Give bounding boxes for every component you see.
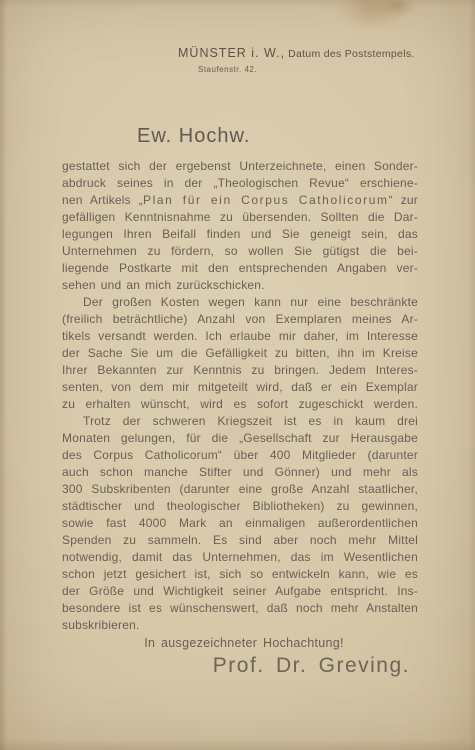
text-segment: abdruck seines in der „Theologischen Rev… <box>62 176 418 190</box>
text-segment: liegende Postkarte mit den entsprechende… <box>62 261 418 275</box>
text-segment: (freilich beträchtliche) Anzahl von Exem… <box>62 312 418 326</box>
body-line: gefälligen Kenntnisnahme zu übersenden. … <box>62 209 418 226</box>
body-line: gestattet sich der ergebenst Unterzeichn… <box>62 158 418 175</box>
text-segment: schon jetzt gesichert ist, sich so entwi… <box>62 567 418 581</box>
body-line: Trotz der schweren Kriegszeit ist es in … <box>62 413 418 430</box>
letter-body: gestattet sich der ergebenst Unterzeichn… <box>62 158 418 634</box>
paper-stain <box>336 0 410 30</box>
text-segment: “ zur <box>389 193 418 207</box>
body-line: legungen Ihren Beifall finden und Sie ge… <box>62 226 418 243</box>
body-line: notwendig, damit das Unternehmen, das im… <box>62 549 418 566</box>
text-segment: nen Artikels „ <box>62 193 143 207</box>
text-segment: Unternehmen zu fördern, so wollen Sie gü… <box>62 244 418 258</box>
body-line: zu erhalten wünscht, wird es sofort zuge… <box>62 396 418 413</box>
body-line: sehen und an mich zurückschicken. <box>62 277 418 294</box>
header-street: Staufenstr. 42. <box>198 65 415 74</box>
header-city: MÜNSTER i. W., <box>178 46 285 60</box>
text-segment: auch schon manche Stifter und Gönner) un… <box>62 465 418 479</box>
text-segment: notwendig, damit das Unternehmen, das im… <box>62 550 418 564</box>
text-segment: tikels versandt werden. Ich erlaube mir … <box>62 329 418 343</box>
letter-sheet: MÜNSTER i. W.,Datum des Poststempels. St… <box>0 0 475 750</box>
body-line: schon jetzt gesichert ist, sich so entwi… <box>62 566 418 583</box>
body-line: städtischer und theologischer Bibliothek… <box>62 498 418 515</box>
header-place-line: MÜNSTER i. W.,Datum des Poststempels. <box>178 44 415 62</box>
text-segment: legungen Ihren Beifall finden und Sie ge… <box>62 227 418 241</box>
body-line: der Sache Sie um die Gefälligkeit zu bit… <box>62 345 418 362</box>
body-line: (freilich beträchtliche) Anzahl von Exem… <box>62 311 418 328</box>
letter-header: MÜNSTER i. W.,Datum des Poststempels. St… <box>178 44 415 74</box>
text-segment: gestattet sich der ergebenst Unterzeichn… <box>62 159 418 173</box>
body-line: Unternehmen zu fördern, so wollen Sie gü… <box>62 243 418 260</box>
body-line: nen Artikels „Plan für ein Corpus Cathol… <box>62 192 418 209</box>
body-line: besondere ist es wünschenswert, daß noch… <box>62 600 418 617</box>
closing-line: In ausgezeichneter Hochachtung! <box>66 636 422 650</box>
text-segment: sowie fast 4000 Mark an einmaligen außer… <box>62 516 418 530</box>
text-segment: senten, von dem mir mitgeteilt wird, daß… <box>62 380 418 394</box>
body-line: auch schon manche Stifter und Gönner) un… <box>62 464 418 481</box>
text-segment: der Sache Sie um die Gefälligkeit zu bit… <box>62 346 418 360</box>
text-segment: Trotz der schweren Kriegszeit ist es in … <box>83 414 418 428</box>
text-segment: Ihrer Bekannten zur Kenntnis zu bringen.… <box>62 363 418 377</box>
body-line: der Größe und Wichtigkeit seiner Aufgabe… <box>62 583 418 600</box>
body-line: des Corpus Catholicorum“ über 400 Mitgli… <box>62 447 418 464</box>
salutation: Ew. Hochw. <box>137 125 250 148</box>
text-segment: Der großen Kosten wegen kann nur eine be… <box>83 295 418 309</box>
text-segment: gefälligen Kenntnisnahme zu übersenden. … <box>62 210 418 224</box>
letterspaced-title: Plan für ein Corpus Catholicorum <box>143 193 389 207</box>
signature: Prof. Dr. Greving. <box>62 654 410 678</box>
body-line: abdruck seines in der „Theologischen Rev… <box>62 175 418 192</box>
body-line: Spenden zu sammeln. Es sind aber noch me… <box>62 532 418 549</box>
body-line: Ihrer Bekannten zur Kenntnis zu bringen.… <box>62 362 418 379</box>
text-segment: zu erhalten wünscht, wird es sofort zuge… <box>62 397 418 411</box>
text-segment: subskribieren. <box>62 618 140 632</box>
header-date-note: Datum des Poststempels. <box>288 48 415 60</box>
text-segment: des Corpus Catholicorum“ über 400 Mitgli… <box>62 448 418 462</box>
body-line: 300 Subskribenten (darunter eine große A… <box>62 481 418 498</box>
body-line: subskribieren. <box>62 617 418 634</box>
text-segment: sehen und an mich zurückschicken. <box>62 278 265 292</box>
text-segment: der Größe und Wichtigkeit seiner Aufgabe… <box>62 584 418 598</box>
body-line: tikels versandt werden. Ich erlaube mir … <box>62 328 418 345</box>
paper-stain <box>380 0 416 17</box>
body-line: liegende Postkarte mit den entsprechende… <box>62 260 418 277</box>
body-line: Der großen Kosten wegen kann nur eine be… <box>62 294 418 311</box>
body-line: Monaten gelungen, für die „Gesellschaft … <box>62 430 418 447</box>
text-segment: 300 Subskribenten (darunter eine große A… <box>62 482 418 496</box>
text-segment: Monaten gelungen, für die „Gesellschaft … <box>62 431 418 445</box>
body-line: senten, von dem mir mitgeteilt wird, daß… <box>62 379 418 396</box>
text-segment: städtischer und theologischer Bibliothek… <box>62 499 418 513</box>
text-segment: Spenden zu sammeln. Es sind aber noch me… <box>62 533 418 547</box>
text-segment: besondere ist es wünschenswert, daß noch… <box>62 601 418 615</box>
body-line: sowie fast 4000 Mark an einmaligen außer… <box>62 515 418 532</box>
